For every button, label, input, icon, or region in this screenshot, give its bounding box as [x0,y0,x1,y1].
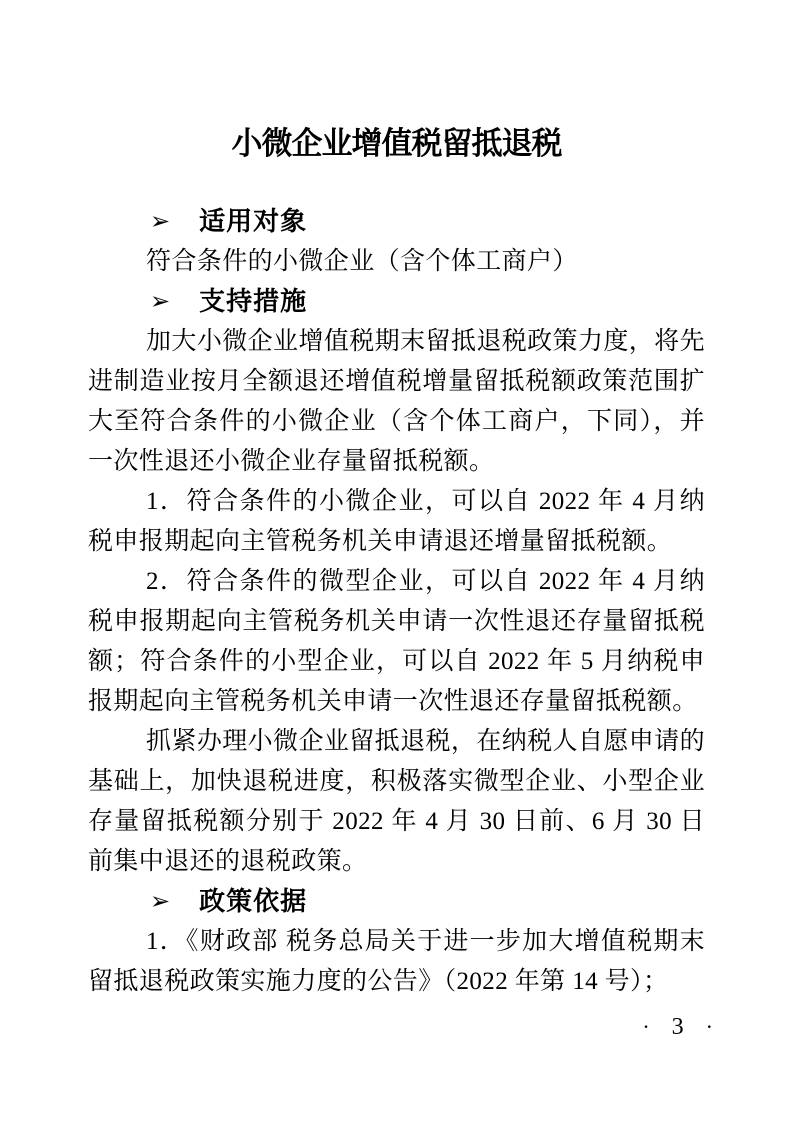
page-number-right-dot: · [706,1012,713,1042]
page-number-left-dot: · [642,1012,649,1042]
paragraph-policy-basis-item-1: 1．《财政部 税务总局关于进一步加大增值税期末留抵退税政策实施力度的公告》（20… [88,922,705,1002]
paragraph-applicable-targets: 符合条件的小微企业（含个体工商户） [88,242,705,282]
document-content: 小微企业增值税留抵退税 ➢适用对象 符合条件的小微企业（含个体工商户） ➢支持措… [88,120,705,1002]
arrowhead-bullet-icon: ➢ [150,281,171,321]
page-number-value: 3 [672,1012,684,1042]
section-heading-support-measures: ➢支持措施 [88,282,705,322]
document-page: 小微企业增值税留抵退税 ➢适用对象 符合条件的小微企业（含个体工商户） ➢支持措… [0,0,793,1122]
page-number: · 3 · [642,1012,713,1042]
paragraph-support-measures-item-1: 1．符合条件的小微企业，可以自 2022 年 4 月纳税申报期起向主管税务机关申… [88,482,705,562]
section-heading-label: 适用对象 [199,207,307,237]
paragraph-support-measures-implementation: 抓紧办理小微企业留抵退税，在纳税人自愿申请的基础上，加快退税进度，积极落实微型企… [88,722,705,882]
section-heading-label: 政策依据 [199,887,307,917]
paragraph-support-measures-item-2: 2．符合条件的微型企业，可以自 2022 年 4 月纳税申报期起向主管税务机关申… [88,562,705,722]
arrowhead-bullet-icon: ➢ [150,201,171,241]
section-heading-policy-basis: ➢政策依据 [88,882,705,922]
section-heading-label: 支持措施 [199,287,307,317]
document-title: 小微企业增值税留抵退税 [88,120,705,168]
paragraph-support-measures-overview: 加大小微企业增值税期末留抵退税政策力度，将先进制造业按月全额退还增值税增量留抵税… [88,322,705,482]
section-heading-applicable-targets: ➢适用对象 [88,202,705,242]
arrowhead-bullet-icon: ➢ [150,881,171,921]
